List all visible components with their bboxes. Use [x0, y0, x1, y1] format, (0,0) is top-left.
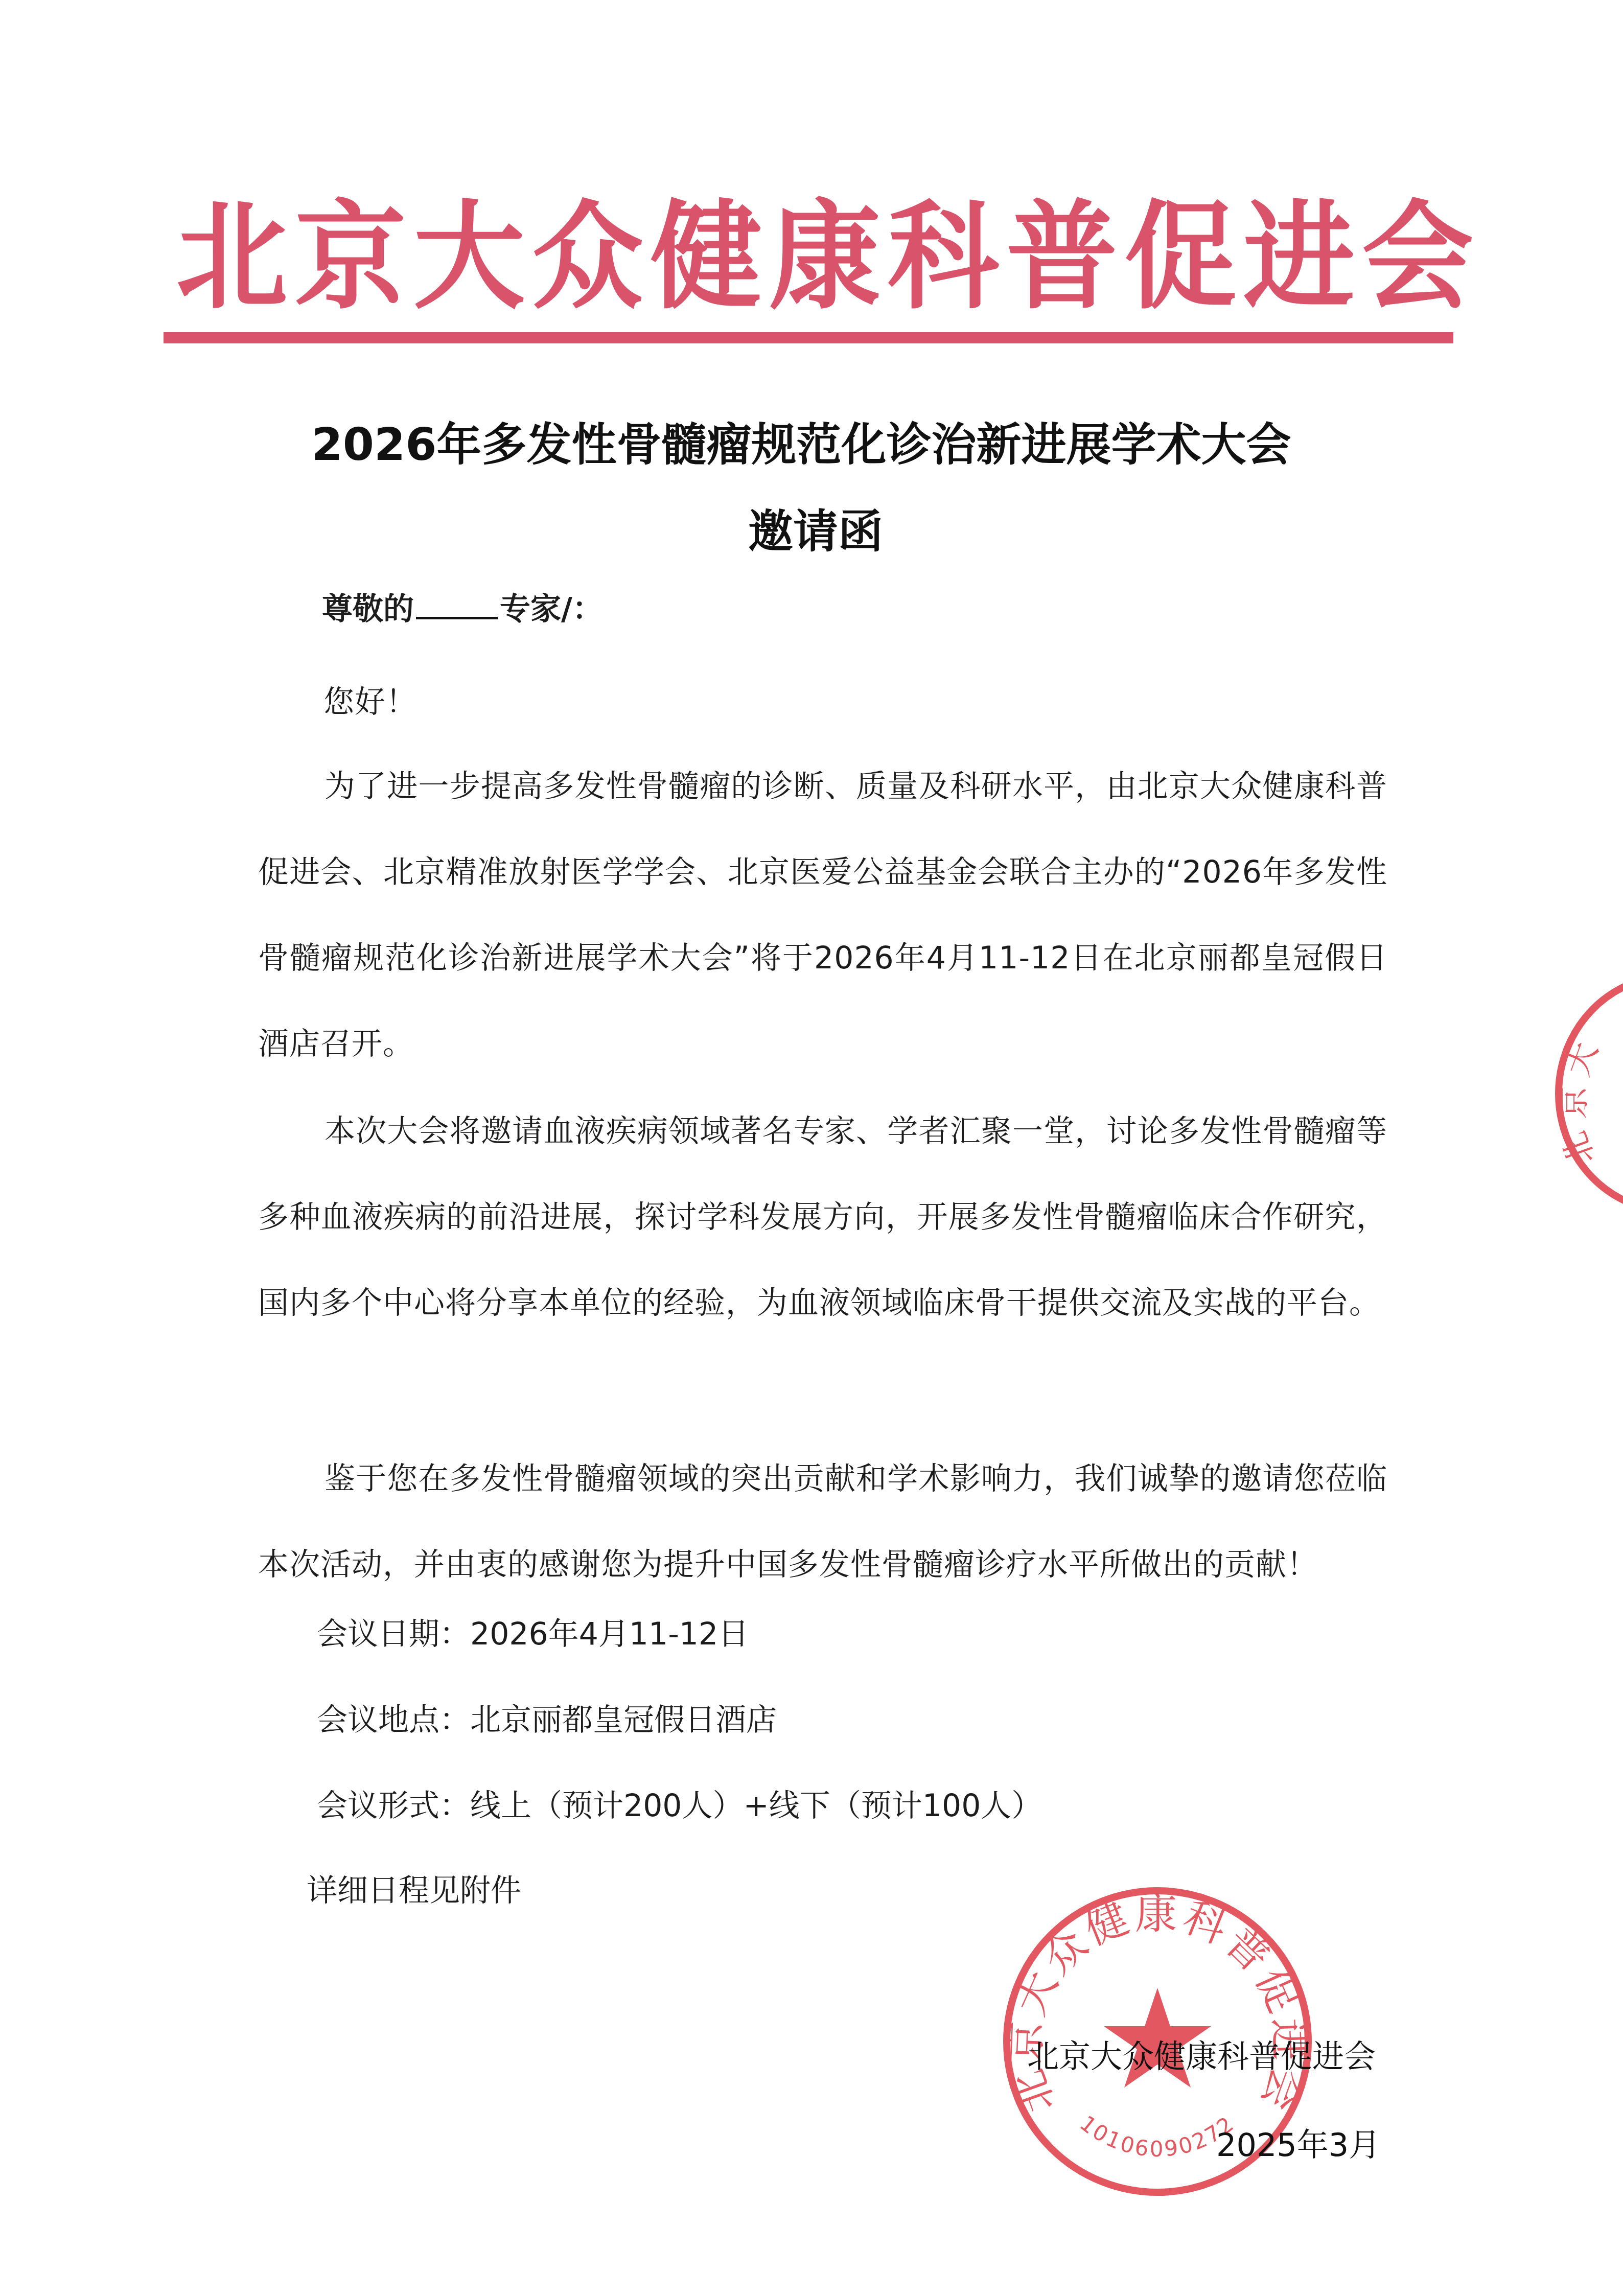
letterhead-divider: [164, 332, 1453, 343]
meeting-format-value: 线上（预计200人）+线下（预计100人）: [470, 1788, 1042, 1824]
meeting-date-value: 2026年4月11-12日: [470, 1616, 749, 1652]
body-paragraph-3: 鉴于您在多发性骨髓瘤领域的突出贡献和学术影响力，我们诚挚的邀请您莅临本次活动，并…: [258, 1436, 1387, 1608]
meeting-place: 会议地点：北京丽都皇冠假日酒店: [317, 1696, 777, 1740]
svg-text:京: 京: [1555, 1086, 1592, 1119]
meeting-place-value: 北京丽都皇冠假日酒店: [470, 1702, 777, 1738]
attachment-note: 详细日程见附件: [307, 1866, 521, 1910]
meeting-format-label: 会议形式：: [317, 1788, 470, 1824]
meeting-date: 会议日期：2026年4月11-12日: [317, 1610, 749, 1654]
document-title: 2026年多发性骨髓瘤规范化诊治新进展学术大会: [0, 409, 1613, 473]
body-paragraph-1: 为了进一步提高多发性骨髓瘤的诊断、质量及科研水平，由北京大众健康科普促进会、北京…: [258, 744, 1387, 1087]
signature-date: 2025年3月: [1216, 2120, 1380, 2165]
recipient-name-blank: [416, 590, 498, 619]
salutation-suffix: 专家/：: [500, 591, 603, 627]
salutation: 尊敬的专家/：: [322, 590, 603, 624]
cross-page-seal-icon: 大 京 北: [1548, 971, 1623, 1216]
meeting-format: 会议形式：线上（预计200人）+线下（预计100人）: [317, 1781, 1042, 1825]
meeting-place-label: 会议地点：: [317, 1702, 470, 1738]
signature-organization: 北京大众健康科普促进会: [1027, 2031, 1376, 2077]
organization-letterhead: 北京大众健康科普促进会: [176, 199, 1444, 316]
meeting-date-label: 会议日期：: [317, 1616, 470, 1652]
greeting: 您好！: [258, 659, 1387, 745]
salutation-prefix: 尊敬的: [322, 591, 414, 627]
document-subtitle: 邀请函: [4, 496, 1623, 560]
body-paragraph-2: 本次大会将邀请血液疾病领域著名专家、学者汇聚一堂，讨论多发性骨髓瘤等多种血液疾病…: [258, 1088, 1387, 1346]
